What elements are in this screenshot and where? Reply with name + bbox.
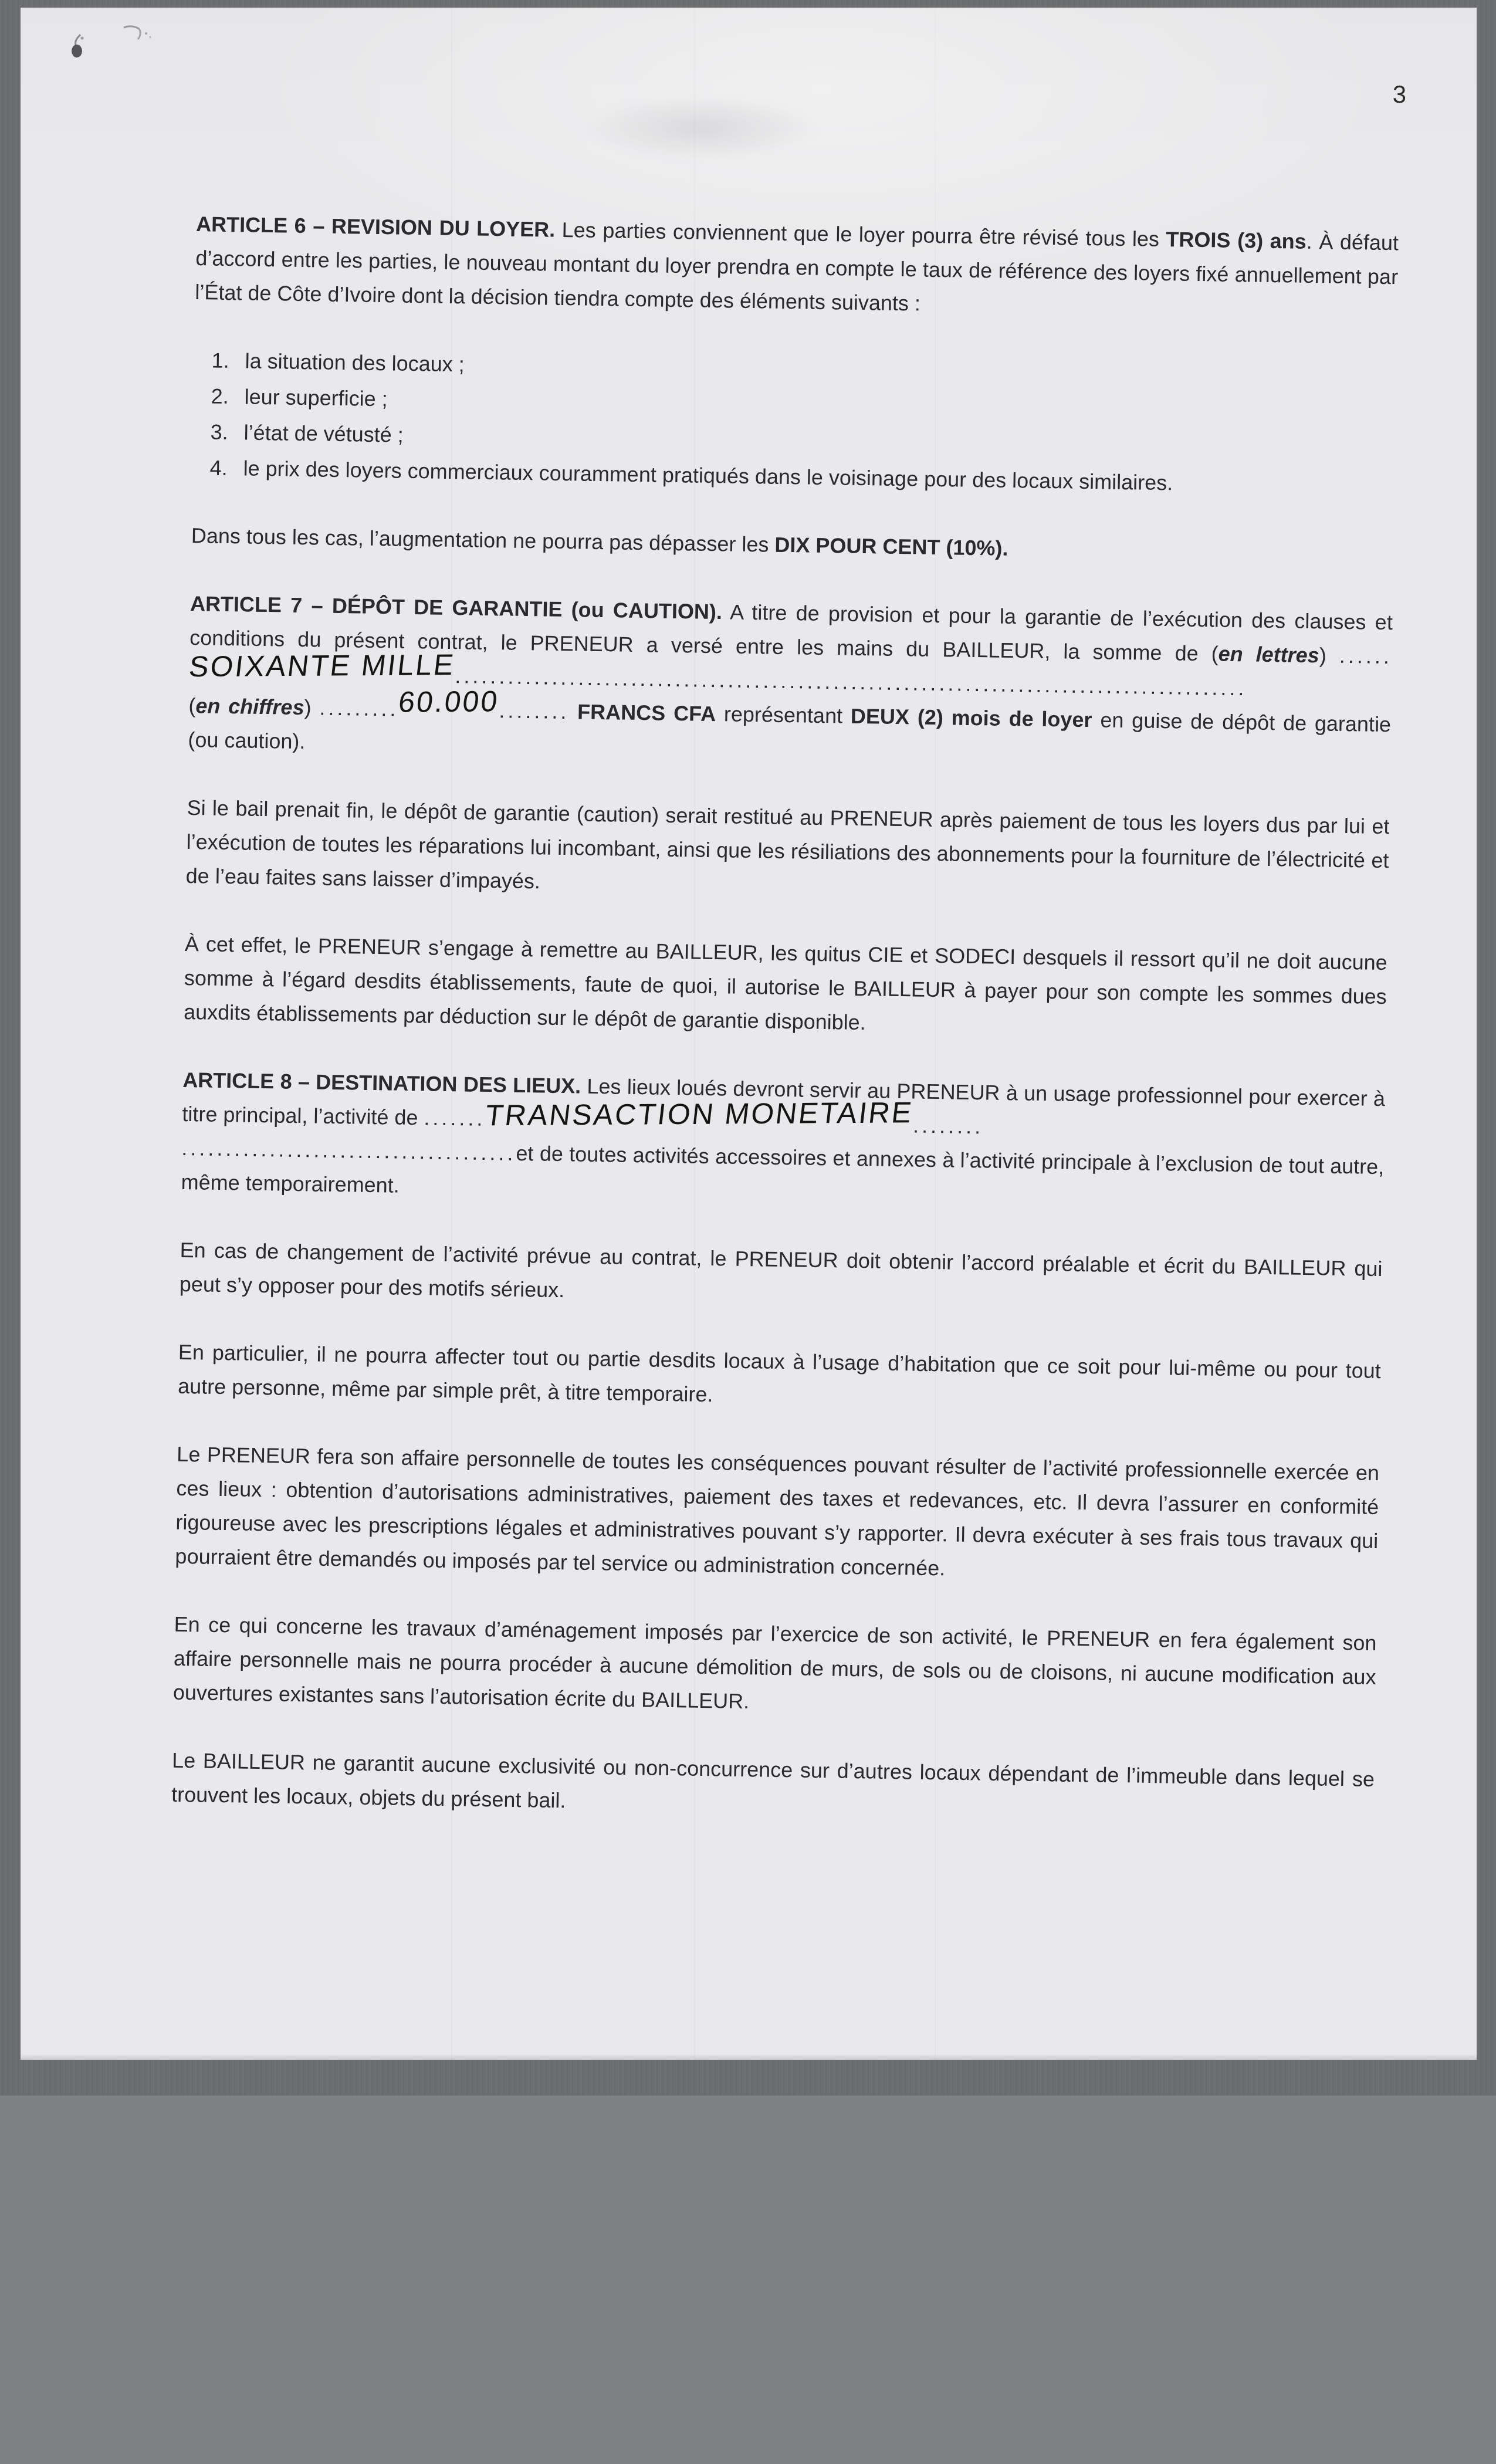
text-segment: ........ xyxy=(499,698,570,723)
page-number: 3 xyxy=(1392,80,1406,109)
printed-content: 3 ARTICLE 6 – REVISION DU LOYER. Les par… xyxy=(21,8,1477,1866)
text-segment: ) xyxy=(1319,643,1340,668)
handwritten-entry: 60.000 xyxy=(399,701,499,702)
article-6-paragraph: ARTICLE 6 – REVISION DU LOYER. Les parti… xyxy=(195,207,1399,328)
text-segment: TROIS (3) ans xyxy=(1166,227,1307,253)
text-segment: en lettres xyxy=(1218,642,1319,668)
text-segment: ARTICLE 7 – DÉPÔT DE GARANTIE (ou CAUTIO… xyxy=(190,591,722,624)
paper-sheet: 3 ARTICLE 6 – REVISION DU LOYER. Les par… xyxy=(21,8,1477,2060)
text-segment: En ce qui concerne les travaux d’aménage… xyxy=(173,1612,1377,1713)
text-segment: DEUX (2) mois de loyer xyxy=(851,704,1092,732)
text-segment: ....... xyxy=(424,1105,486,1131)
text-segment: DIX POUR CENT (10%). xyxy=(774,533,1008,560)
text-segment: ...... xyxy=(1339,644,1393,668)
text-segment: En particulier, il ne pourra affecter to… xyxy=(178,1340,1381,1406)
text-segment: Si le bail prenait fin, le dépôt de gara… xyxy=(185,796,1389,893)
text-segment: ........ xyxy=(913,1113,984,1139)
no-exclusivity-paragraph: Le BAILLEUR ne garantit aucune exclusivi… xyxy=(171,1744,1375,1830)
text-segment: En cas de changement de l’activité prévu… xyxy=(180,1238,1383,1302)
document-text-column: ARTICLE 6 – REVISION DU LOYER. Les parti… xyxy=(171,207,1399,1830)
scanned-lease-page: 3 ARTICLE 6 – REVISION DU LOYER. Les par… xyxy=(0,0,1496,2464)
rent-cap-paragraph: Dans tous les cas, l’augmentation ne pou… xyxy=(191,519,1394,571)
text-segment: FRANCS CFA xyxy=(577,699,716,726)
text-segment: Dans tous les cas, l’augmentation ne pou… xyxy=(191,523,775,557)
handwritten-entry: SOIXANTE MILLE xyxy=(189,665,455,666)
list-item-number: 1. xyxy=(211,344,245,378)
revision-criteria-list: 1.la situation des locaux ;2.leur superf… xyxy=(192,343,1397,503)
text-segment: À cet effet, le PRENEUR s’engage à remet… xyxy=(184,932,1387,1034)
quitus-paragraph: À cet effet, le PRENEUR s’engage à remet… xyxy=(184,927,1387,1048)
list-item-number: 2. xyxy=(211,380,245,414)
article-7-paragraph: ARTICLE 7 – DÉPÔT DE GARANTIE (ou CAUTIO… xyxy=(189,587,1393,708)
text-segment: ...................................... xyxy=(181,1136,516,1165)
text-segment: ARTICLE 6 – REVISION DU LOYER. xyxy=(196,212,556,242)
activity-change-paragraph: En cas de changement de l’activité prévu… xyxy=(179,1233,1383,1320)
text-segment: en chiffres xyxy=(195,693,304,719)
no-habitation-paragraph: En particulier, il ne pourra affecter to… xyxy=(178,1335,1382,1422)
text-segment: ARTICLE 8 – DESTINATION DES LIEUX. xyxy=(182,1068,581,1098)
handwritten-entry: TRANSACTION MONETAIRE xyxy=(486,1112,913,1115)
text-segment xyxy=(569,699,578,723)
text-segment: Les parties conviennent que le loyer pou… xyxy=(555,218,1166,251)
text-segment: ......... xyxy=(319,696,399,721)
text-segment: Le PRENEUR fera son affaire personnelle … xyxy=(175,1442,1379,1580)
professional-liability-paragraph: Le PRENEUR fera son affaire personnelle … xyxy=(175,1437,1379,1592)
text-segment: représentant xyxy=(716,702,851,728)
list-item-number: 4. xyxy=(209,451,243,486)
text-segment: ) xyxy=(304,695,320,719)
paper-edge-shadow xyxy=(21,2054,1477,2060)
list-item-number: 3. xyxy=(210,415,244,450)
works-paragraph: En ce qui concerne les travaux d’aménage… xyxy=(172,1607,1376,1728)
text-segment: Le BAILLEUR ne garantit aucune exclusivi… xyxy=(171,1748,1375,1813)
deposit-restitution-paragraph: Si le bail prenait fin, le dépôt de gara… xyxy=(185,791,1389,912)
text-segment: ( xyxy=(188,693,196,717)
